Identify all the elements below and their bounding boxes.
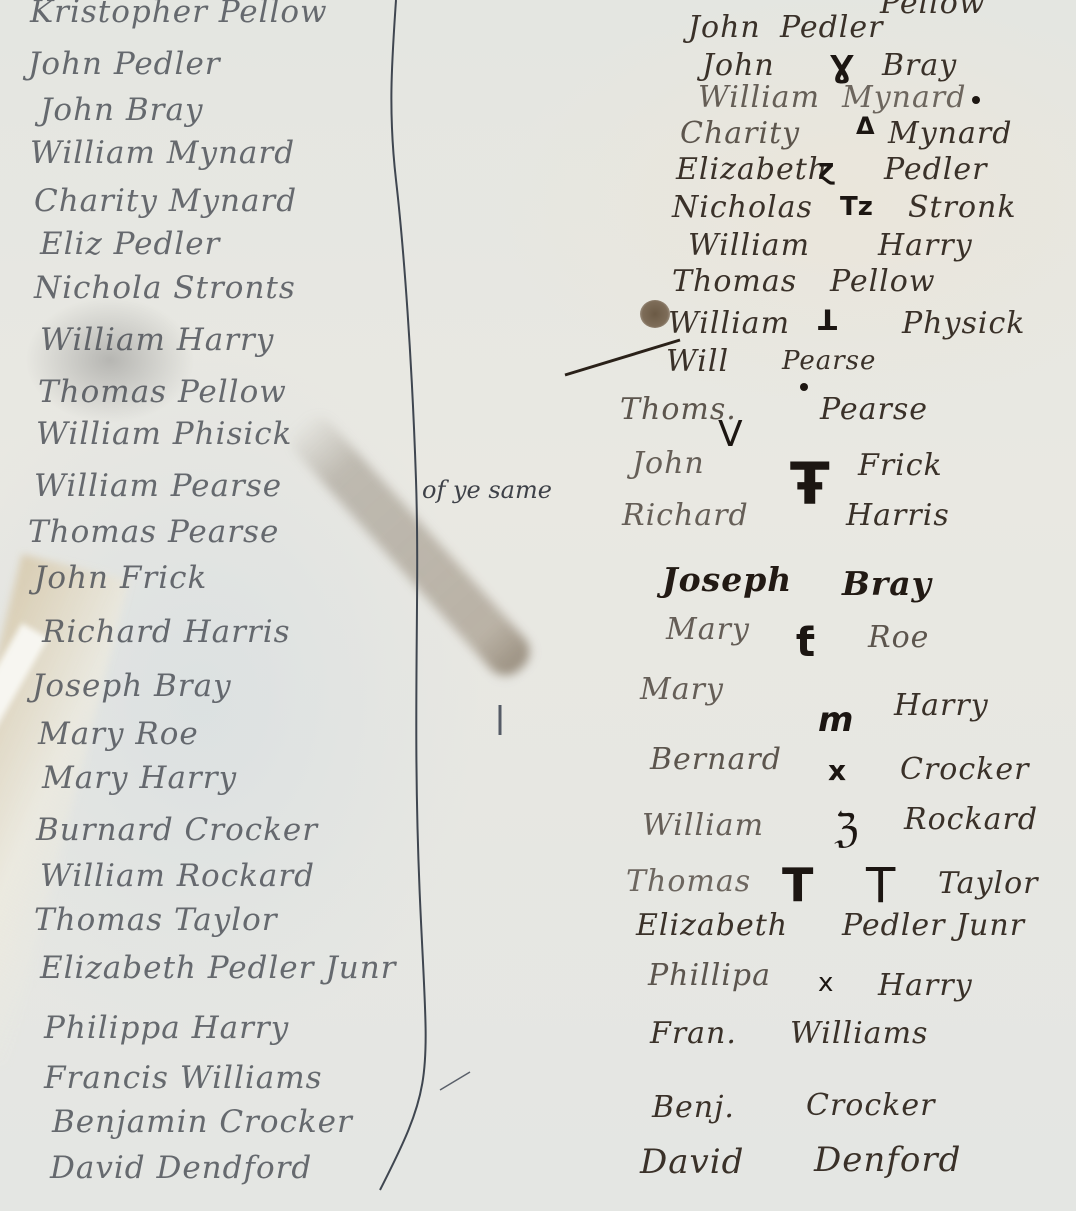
last-name: Pearse bbox=[820, 392, 928, 427]
last-name: Bray bbox=[842, 564, 932, 603]
first-name: Charity bbox=[680, 116, 800, 151]
name-entry: Nichola Stronts bbox=[34, 270, 296, 306]
last-name: Roe bbox=[868, 620, 929, 655]
last-name: Pedler bbox=[884, 152, 988, 187]
name-entry: Elizabeth Pedler Junr bbox=[40, 950, 397, 986]
last-name: Harry bbox=[878, 968, 973, 1003]
signature-mark-second: T bbox=[866, 858, 895, 914]
ink-dot bbox=[800, 383, 808, 391]
signature-mark: x bbox=[828, 754, 846, 787]
first-name: Will bbox=[666, 344, 729, 379]
name-entry: John Bray bbox=[40, 92, 203, 128]
first-name: Joseph bbox=[662, 560, 792, 599]
first-name: William bbox=[688, 228, 810, 263]
first-name: Fran. bbox=[650, 1016, 737, 1051]
signature-mark: ꓔz bbox=[840, 192, 873, 222]
first-name: Thomas bbox=[626, 864, 751, 899]
name-entry: Thomas Pellow bbox=[38, 374, 287, 410]
name-entry: Mary Roe bbox=[38, 716, 199, 752]
name-entry: David Dendford bbox=[50, 1150, 312, 1186]
signature-mark: m bbox=[818, 700, 853, 740]
last-name: Williams bbox=[790, 1016, 928, 1051]
name-entry: Eliz Pedler bbox=[40, 226, 220, 262]
ink-stain-streak bbox=[283, 408, 538, 684]
signature-mark: T bbox=[782, 858, 813, 912]
name-entry: William Pearse bbox=[34, 468, 282, 504]
name-entry: Kristopher Pellow bbox=[30, 0, 328, 30]
last-name: Pedler bbox=[780, 10, 884, 45]
name-entry: Thomas Pearse bbox=[28, 514, 279, 550]
last-name: Denford bbox=[814, 1140, 961, 1180]
first-name: William bbox=[642, 808, 764, 843]
last-name: Pearse bbox=[782, 346, 876, 376]
signature-mark: Ŧ bbox=[790, 450, 830, 518]
first-name: Mary bbox=[640, 672, 724, 707]
name-entry: Mary Harry bbox=[42, 760, 237, 796]
signature-mark: V bbox=[718, 414, 743, 455]
last-name: Harris bbox=[846, 498, 950, 533]
signature-mark: ℨ bbox=[834, 806, 859, 852]
name-entry: William Mynard bbox=[30, 135, 295, 171]
first-name: Phillipa bbox=[648, 958, 771, 993]
name-entry: Burnard Crocker bbox=[36, 812, 318, 848]
first-name: Benj. bbox=[652, 1090, 735, 1125]
name-entry: Joseph Bray bbox=[32, 668, 232, 704]
name-entry: John Pedler bbox=[28, 46, 221, 82]
first-name: William bbox=[668, 306, 790, 341]
first-name: Elizabeth bbox=[636, 908, 788, 943]
first-name: John bbox=[688, 10, 761, 45]
first-name: Nicholas bbox=[672, 190, 813, 225]
last-name: Mynard bbox=[888, 116, 1012, 151]
name-entry: Richard Harris bbox=[42, 614, 291, 650]
ink-blot bbox=[640, 300, 670, 328]
ink-dot bbox=[972, 96, 980, 104]
name-entry: Charity Mynard bbox=[34, 183, 297, 219]
last-name: Taylor bbox=[938, 866, 1039, 901]
last-name: Pedler Junr bbox=[842, 908, 1025, 943]
first-name: Richard bbox=[622, 498, 749, 533]
name-entry: Philippa Harry bbox=[44, 1010, 289, 1046]
first-name: David bbox=[640, 1142, 744, 1182]
name-entry: Francis Williams bbox=[44, 1060, 323, 1096]
margin-note: of ye same bbox=[422, 476, 552, 504]
name-entry: John Frick bbox=[34, 560, 207, 596]
last-name: Mynard bbox=[842, 80, 966, 115]
first-name: Bernard bbox=[650, 742, 782, 777]
first-name: John bbox=[702, 48, 775, 83]
last-name: Physick bbox=[902, 306, 1025, 341]
last-name: Harry bbox=[894, 688, 989, 723]
last-name: Frick bbox=[858, 448, 943, 483]
last-name: Pellow bbox=[830, 264, 936, 299]
first-name: Mary bbox=[666, 612, 750, 647]
signature-mark: ꓕ bbox=[818, 304, 837, 337]
signature-mark: Δ bbox=[856, 112, 875, 140]
last-name: Rockard bbox=[904, 802, 1038, 837]
signature-mark: ƭ bbox=[796, 620, 815, 666]
name-entry: William Phisick bbox=[36, 416, 292, 452]
name-entry: Thomas Taylor bbox=[34, 902, 278, 938]
last-name: Bray bbox=[882, 48, 957, 83]
first-name: Elizabeth bbox=[676, 152, 828, 187]
manuscript-page: Kristopher Pellow John Pedler John Bray … bbox=[0, 0, 1076, 1211]
name-entry: William Harry bbox=[40, 322, 274, 358]
name-entry: William Rockard bbox=[40, 858, 315, 894]
header-partial: Pellow bbox=[880, 0, 986, 21]
first-name: Thomas bbox=[672, 264, 797, 299]
signature-mark: x bbox=[818, 968, 833, 998]
first-name: John bbox=[632, 446, 705, 481]
last-name: Harry bbox=[878, 228, 973, 263]
last-name: Crocker bbox=[900, 752, 1029, 787]
last-name: Stronk bbox=[908, 190, 1017, 225]
name-entry: Benjamin Crocker bbox=[52, 1104, 353, 1140]
last-name: Crocker bbox=[806, 1088, 935, 1123]
signature-mark: ɀ bbox=[818, 152, 834, 185]
first-name: William bbox=[698, 80, 820, 115]
